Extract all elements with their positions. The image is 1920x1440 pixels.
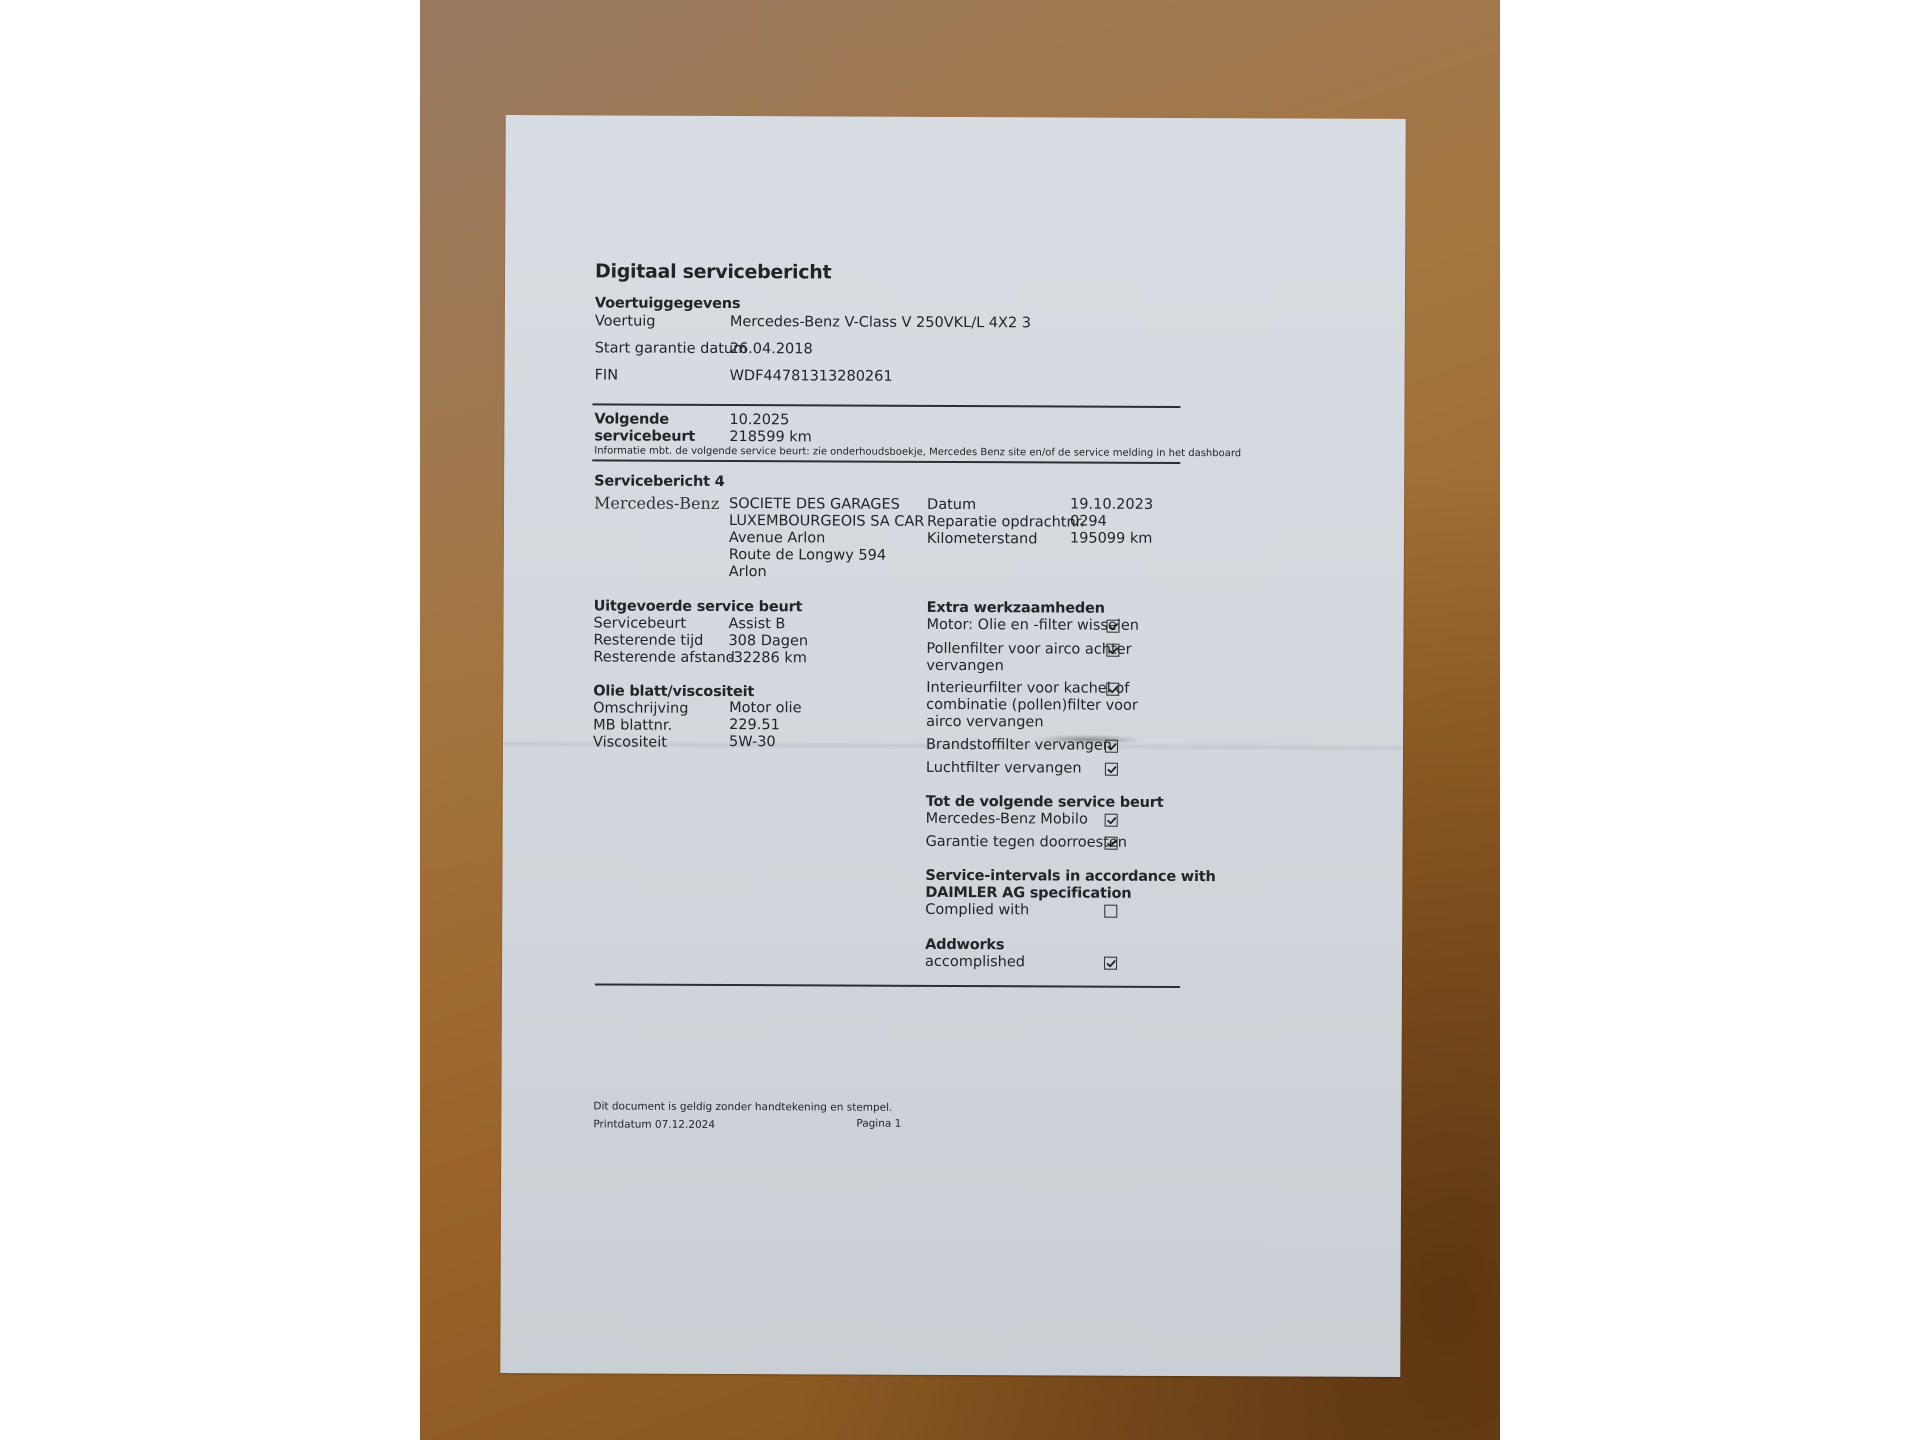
remaining-time-value: 308 Dagen xyxy=(728,633,808,649)
checkmark-icon xyxy=(1106,764,1116,774)
extra-work-item-fuel-filter: Brandstoffilter vervangen xyxy=(926,737,1112,754)
next-service-date: 10.2025 xyxy=(729,412,789,428)
checkbox-complied-with[interactable] xyxy=(1104,905,1117,918)
addworks-heading: Addworks xyxy=(925,937,1004,953)
divider-next-service xyxy=(592,459,1180,464)
warranty-start-label: Start garantie datum xyxy=(595,340,748,357)
checkmark-icon xyxy=(1106,958,1116,968)
remaining-distance-label: Resterende afstand xyxy=(593,649,735,666)
checkbox-mobilo[interactable] xyxy=(1105,814,1118,827)
repair-order-label: Reparatie opdrachtnr. xyxy=(927,514,1085,531)
vehicle-section-heading: Voertuiggegevens xyxy=(595,295,741,312)
next-service-heading-2: servicebeurt xyxy=(594,428,695,444)
extra-work-item-pollen-filter-line2: vervangen xyxy=(926,658,1004,674)
fin-value: WDF44781313280261 xyxy=(730,368,893,385)
extra-work-heading: Extra werkzaamheden xyxy=(927,600,1105,617)
dealer-line-2: LUXEMBOURGEOIS SA CAR xyxy=(729,513,924,530)
print-date: Printdatum 07.12.2024 xyxy=(593,1118,715,1131)
extra-work-item-interior-filter-line2: combinatie (pollen)filter voor xyxy=(926,697,1138,714)
warranty-start-value: 26.04.2018 xyxy=(730,341,813,357)
date-label: Datum xyxy=(927,497,976,513)
until-next-heading: Tot de volgende service beurt xyxy=(926,794,1164,811)
performed-service-heading: Uitgevoerde service beurt xyxy=(594,598,803,615)
checkbox-rust-warranty[interactable] xyxy=(1105,837,1118,850)
oil-description-label: Omschrijving xyxy=(593,700,688,716)
dealer-line-5: Arlon xyxy=(729,564,767,580)
viscosity-label: Viscositeit xyxy=(593,734,667,750)
service-type-value: Assist B xyxy=(728,616,785,632)
checkbox-pollen-filter[interactable] xyxy=(1106,644,1119,657)
oil-heading: Olie blatt/viscositeit xyxy=(593,683,754,700)
checkbox-fuel-filter[interactable] xyxy=(1105,740,1118,753)
checkbox-interior-filter[interactable] xyxy=(1106,683,1119,696)
checkbox-oil-filter[interactable] xyxy=(1106,620,1119,633)
oil-spec-value: 229.51 xyxy=(729,717,780,733)
remaining-time-label: Resterende tijd xyxy=(593,632,703,648)
next-service-heading-1: Volgende xyxy=(594,411,669,427)
dealer-line-4: Route de Longwy 594 xyxy=(729,547,886,564)
dealer-line-3: Avenue Arlon xyxy=(729,530,826,546)
remaining-distance-value: -32286 km xyxy=(728,650,807,666)
service-type-label: Servicebeurt xyxy=(593,615,686,631)
oil-spec-label: MB blattnr. xyxy=(593,717,672,733)
checkmark-icon xyxy=(1106,838,1116,848)
document-title: Digitaal servicebericht xyxy=(595,260,831,283)
fin-label: FIN xyxy=(595,367,619,383)
checkbox-accomplished[interactable] xyxy=(1104,957,1117,970)
mercedes-benz-wordmark: Mercedes-Benz xyxy=(594,493,719,513)
next-service-km: 218599 km xyxy=(729,429,812,445)
vehicle-label: Voertuig xyxy=(595,313,656,329)
extra-work-item-air-filter: Luchtfilter vervangen xyxy=(926,760,1082,777)
intervals-heading-2: DAIMLER AG specification xyxy=(925,885,1131,902)
oil-description-value: Motor olie xyxy=(729,700,801,716)
odometer-value: 195099 km xyxy=(1070,531,1153,547)
service-document-page: Digitaal servicebericht Voertuiggegevens… xyxy=(500,115,1405,1377)
next-service-note: Informatie mbt. de volgende service beur… xyxy=(594,445,1241,459)
checkmark-icon xyxy=(1108,645,1118,655)
checkmark-icon xyxy=(1106,741,1116,751)
checkmark-icon xyxy=(1106,815,1116,825)
checkbox-air-filter[interactable] xyxy=(1105,763,1118,776)
dealer-line-1: SOCIETE DES GARAGES xyxy=(729,496,900,513)
divider-bottom xyxy=(595,983,1180,988)
rust-warranty-label: Garantie tegen doorroesten xyxy=(926,834,1127,851)
viscosity-value: 5W-30 xyxy=(729,734,776,750)
intervals-heading-1: Service-intervals in accordance with xyxy=(925,868,1215,885)
extra-work-item-interior-filter-line1: Interieurfilter voor kachel of xyxy=(926,680,1129,697)
page-number: Pagina 1 xyxy=(856,1118,901,1130)
extra-work-item-interior-filter-line3: airco vervangen xyxy=(926,714,1044,731)
checkmark-icon xyxy=(1108,621,1118,631)
vehicle-value: Mercedes-Benz V-Class V 250VKL/L 4X2 3 xyxy=(730,314,1031,331)
extra-work-item-pollen-filter-line1: Pollenfilter voor airco achter xyxy=(926,641,1131,658)
validity-note: Dit document is geldig zonder handtekeni… xyxy=(593,1100,892,1113)
complied-with-label: Complied with xyxy=(925,902,1029,918)
mobilo-label: Mercedes-Benz Mobilo xyxy=(926,811,1088,828)
date-value: 19.10.2023 xyxy=(1070,497,1153,513)
divider-top xyxy=(592,403,1180,408)
checkmark-icon xyxy=(1108,684,1118,694)
odometer-label: Kilometerstand xyxy=(927,531,1038,547)
accomplished-label: accomplished xyxy=(925,954,1025,970)
repair-order-value: 0294 xyxy=(1070,514,1107,530)
service-report-heading: Servicebericht 4 xyxy=(594,473,724,490)
